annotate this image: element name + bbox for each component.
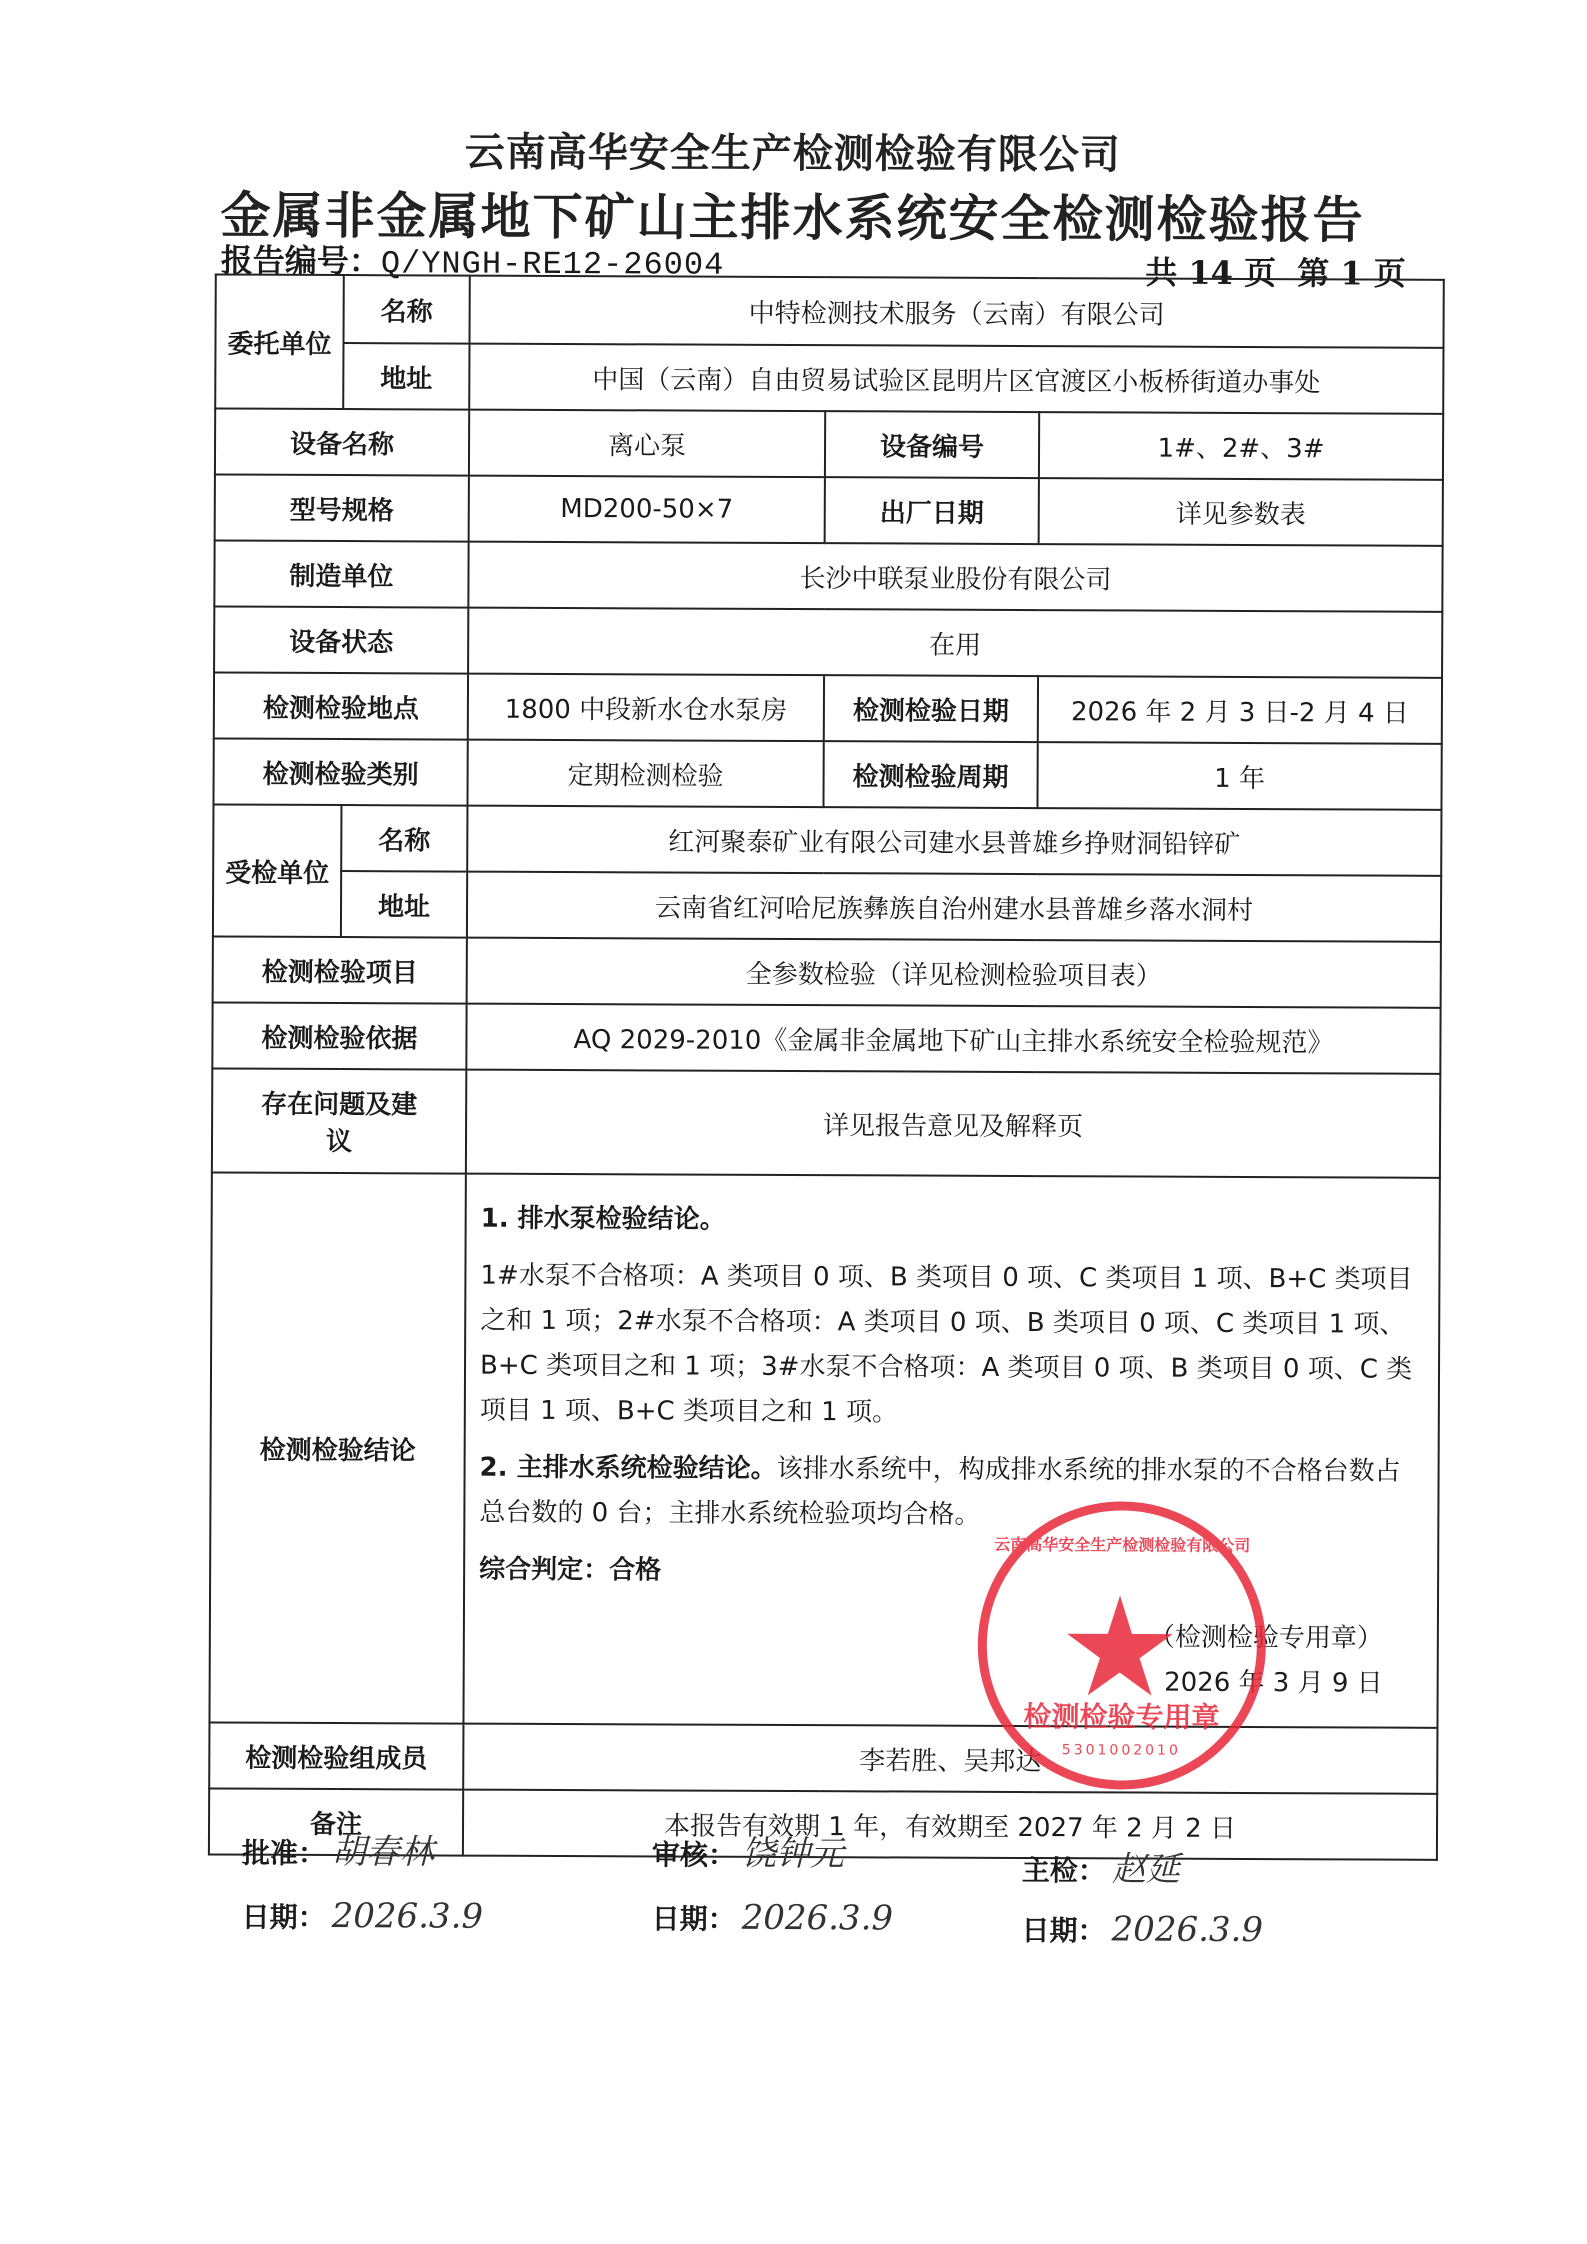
conclusion-label: 检测检验结论 — [209, 1172, 465, 1723]
category-label: 检测检验类别 — [213, 738, 467, 805]
inspected-unit-address: 云南省红河哈尼族彝族自治州建水县普雄乡落水洞村 — [467, 872, 1441, 942]
client-group-label: 委托单位 — [215, 274, 344, 409]
equipment-name-label: 设备名称 — [215, 408, 469, 475]
basis-label: 检测检验依据 — [212, 1002, 466, 1069]
chief-sig: 赵延 — [1112, 1849, 1180, 1889]
stamp-date: 2026 年 3 月 9 日 — [479, 1658, 1383, 1707]
overall-judgement-value: 合格 — [609, 1555, 661, 1585]
client-name: 中特检测技术服务（云南）有限公司 — [469, 276, 1443, 348]
equipment-number: 1#、2#、3# — [1039, 412, 1443, 480]
category-value: 定期检测检验 — [467, 740, 823, 808]
manufacturer-label: 制造单位 — [214, 540, 468, 607]
chief-signature: 主检：赵延 — [1022, 1841, 1180, 1891]
review-sig: 饶钟元 — [742, 1834, 844, 1874]
chief-label: 主检： — [1022, 1854, 1106, 1887]
issues-label: 存在问题及建议 — [212, 1068, 466, 1173]
company-name: 云南高华安全生产检测检验有限公司 — [0, 119, 1586, 183]
model-label: 型号规格 — [215, 474, 469, 541]
team-label: 检测检验组成员 — [209, 1722, 463, 1789]
factory-date: 详见参数表 — [1039, 478, 1443, 546]
system-conclusion-heading: 2. 主排水系统检验结论。 — [480, 1453, 777, 1484]
approve-date: 日期：2026.3.9 — [242, 1896, 484, 1937]
chief-date: 日期：2026.3.9 — [1021, 1909, 1263, 1950]
stamp-note: （检测检验专用章） — [479, 1613, 1383, 1662]
report-page: 云南高华安全生产检测检验有限公司 金属非金属地下矿山主排水系统安全检测检验报告 … — [0, 0, 1587, 2244]
status-value: 在用 — [468, 608, 1442, 678]
inspected-unit-name-label: 名称 — [341, 805, 467, 872]
items-label: 检测检验项目 — [213, 936, 467, 1003]
inspection-date: 2026 年 2 月 3 日-2 月 4 日 — [1038, 676, 1442, 744]
review-label: 审核： — [652, 1838, 736, 1871]
approve-label: 批准： — [242, 1837, 326, 1870]
conclusion-body: 1. 排水泵检验结论。 1#水泵不合格项：A 类项目 0 项、B 类项目 0 项… — [463, 1174, 1439, 1728]
client-address: 中国（云南）自由贸易试验区昆明片区官渡区小板桥街道办事处 — [469, 344, 1443, 414]
basis-value: AQ 2029-2010《金属非金属地下矿山主排水系统安全检验规范》 — [466, 1004, 1440, 1074]
inspected-unit-group-label: 受检单位 — [213, 804, 342, 937]
items-value: 全参数检验（详见检测检验项目表） — [467, 938, 1441, 1008]
equipment-name: 离心泵 — [469, 410, 825, 478]
pump-conclusion-heading: 1. 排水泵检验结论。 — [481, 1204, 726, 1235]
inspected-unit-address-label: 地址 — [341, 871, 467, 938]
overall-judgement-label: 综合判定： — [479, 1555, 609, 1586]
chief-date-label: 日期： — [1022, 1914, 1106, 1947]
manufacturer: 长沙中联泵业股份有限公司 — [468, 542, 1442, 612]
report-table: 委托单位 名称 中特检测技术服务（云南）有限公司 地址 中国（云南）自由贸易试验… — [208, 273, 1445, 1860]
review-date-value: 2026.3.9 — [742, 1898, 894, 1939]
location-value: 1800 中段新水仓水泵房 — [468, 674, 824, 742]
factory-date-label: 出厂日期 — [825, 477, 1039, 544]
signature-block: 批准：胡春林 日期：2026.3.9 审核：饶钟元 日期：2026.3.9 主检… — [241, 1824, 1342, 1989]
pump-conclusion-text: 1#水泵不合格项：A 类项目 0 项、B 类项目 0 项、C 类项目 1 项、B… — [480, 1254, 1425, 1438]
inspected-unit-name: 红河聚泰矿业有限公司建水县普雄乡挣财洞铅锌矿 — [467, 806, 1441, 876]
approve-date-value: 2026.3.9 — [332, 1896, 484, 1937]
client-address-label: 地址 — [343, 343, 469, 410]
chief-date-value: 2026.3.9 — [1112, 1909, 1264, 1950]
inspection-date-label: 检测检验日期 — [824, 675, 1038, 742]
client-name-label: 名称 — [343, 275, 469, 344]
review-signature: 审核：饶钟元 — [652, 1825, 844, 1875]
approve-sig: 胡春林 — [332, 1832, 434, 1872]
status-label: 设备状态 — [214, 606, 468, 673]
review-date-label: 日期： — [652, 1902, 736, 1935]
model-value: MD200-50×7 — [469, 476, 825, 544]
equipment-number-label: 设备编号 — [825, 411, 1039, 478]
review-date: 日期：2026.3.9 — [652, 1897, 894, 1938]
location-label: 检测检验地点 — [214, 672, 468, 739]
cycle-label: 检测检验周期 — [823, 741, 1037, 808]
cycle-value: 1 年 — [1037, 742, 1441, 810]
approve-signature: 批准：胡春林 — [242, 1824, 434, 1874]
team-members: 李若胜、吴邦达 — [463, 1724, 1437, 1794]
approve-date-label: 日期： — [242, 1901, 326, 1934]
issues-value: 详见报告意见及解释页 — [466, 1070, 1440, 1178]
